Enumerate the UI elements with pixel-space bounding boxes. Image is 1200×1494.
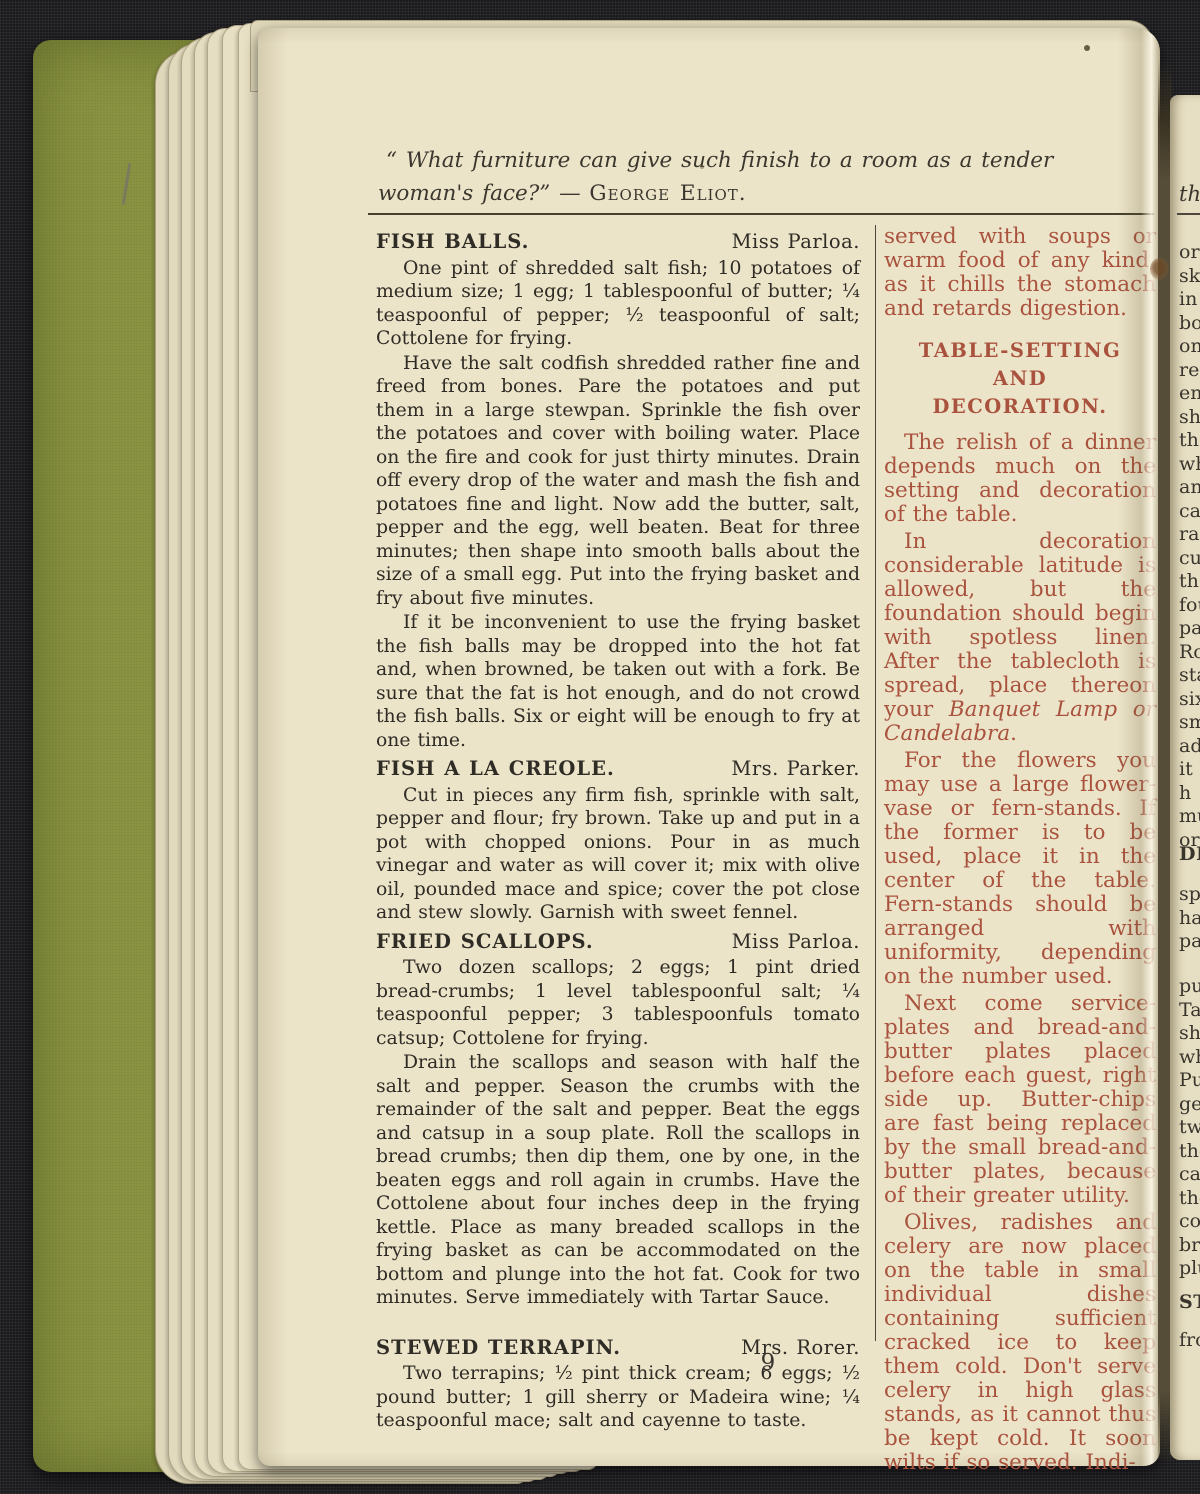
page-curl-highlight bbox=[1118, 28, 1160, 1466]
recipe-paragraph: Have the salt codfish shredded rather fi… bbox=[376, 352, 860, 611]
tips-text: . bbox=[1010, 721, 1017, 746]
page-columns: FISH BALLS. Miss Parloa. One pint of shr… bbox=[376, 225, 1160, 1478]
recipe-header: FRIED SCALLOPS. Miss Parloa. bbox=[376, 930, 860, 954]
column-divider-rule bbox=[875, 225, 876, 1341]
next-page-fragment: th bbox=[1179, 183, 1200, 207]
tips-paragraph: The relish of a dinner depends much on t… bbox=[884, 431, 1156, 527]
next-page-edge: th or sk in bo on re en sh th wh an ca r… bbox=[1170, 95, 1200, 1460]
recipe-paragraph: Two dozen scallops; 2 eggs; 1 pint dried… bbox=[376, 956, 860, 1050]
main-page: “ What furniture can give such finish to… bbox=[258, 28, 1160, 1466]
tips-paragraph: Next come service-plates and bread-and-b… bbox=[884, 992, 1156, 1208]
recipe-author: Mrs. Parker. bbox=[731, 757, 860, 781]
page-number: 9 bbox=[376, 1350, 1160, 1376]
recipe-author: Miss Parloa. bbox=[732, 930, 860, 954]
tips-text: In decoration considerable latitude is a… bbox=[884, 529, 1156, 722]
tips-paragraph: For the flowers you may use a large flow… bbox=[884, 749, 1156, 989]
section-title: TABLE-SETTING AND DECORATION. bbox=[903, 337, 1138, 421]
next-page-fragments: or sk in bo on re en sh th wh an ca ra c… bbox=[1179, 241, 1200, 852]
continuation-paragraph: served with soups or warm food of any ki… bbox=[884, 225, 1156, 321]
next-page-rule bbox=[1177, 213, 1200, 215]
recipe-author: Miss Parloa. bbox=[732, 230, 860, 254]
recipe-header: FISH A LA CREOLE. Mrs. Parker. bbox=[376, 757, 860, 781]
page-stain bbox=[1150, 258, 1169, 280]
recipe-title: FISH A LA CREOLE. bbox=[376, 757, 615, 781]
next-page-heading-fragment: ST bbox=[1179, 1291, 1200, 1315]
recipes-column: FISH BALLS. Miss Parloa. One pint of shr… bbox=[376, 225, 860, 1434]
recipe-title: FISH BALLS. bbox=[376, 230, 529, 254]
recipe-paragraph: Drain the scallops and season with half … bbox=[376, 1051, 860, 1310]
next-page-heading-fragment: DE bbox=[1179, 843, 1200, 867]
recipe-paragraph: Cut in pieces any firm fish, sprinkle wi… bbox=[376, 784, 860, 925]
quote-author: George Eliot. bbox=[589, 181, 746, 206]
header-rule bbox=[368, 213, 1154, 215]
recipe-paragraph: If it be inconvenient to use the frying … bbox=[376, 611, 860, 752]
next-page-fragments: pu Ta she wh Pu get two the cay the cov … bbox=[1179, 975, 1200, 1281]
book-photo: “ What furniture can give such finish to… bbox=[0, 0, 1200, 1494]
epigraph-quote: “ What furniture can give such finish to… bbox=[378, 144, 1156, 210]
page-speck bbox=[700, 165, 704, 169]
next-page-fragment: fron bbox=[1179, 1329, 1200, 1353]
table-setting-column: served with soups or warm food of any ki… bbox=[884, 225, 1156, 1478]
page-speck bbox=[1084, 45, 1090, 51]
recipe-header: FISH BALLS. Miss Parloa. bbox=[376, 230, 860, 254]
recipe-paragraph: One pint of shredded salt fish; 10 potat… bbox=[376, 257, 860, 351]
recipe-title: FRIED SCALLOPS. bbox=[376, 930, 594, 954]
tips-paragraph: Olives, radishes and celery are now plac… bbox=[884, 1211, 1156, 1475]
next-page-fragments: spo har par bbox=[1179, 883, 1200, 954]
tips-paragraph: In decoration considerable latitude is a… bbox=[884, 530, 1156, 746]
